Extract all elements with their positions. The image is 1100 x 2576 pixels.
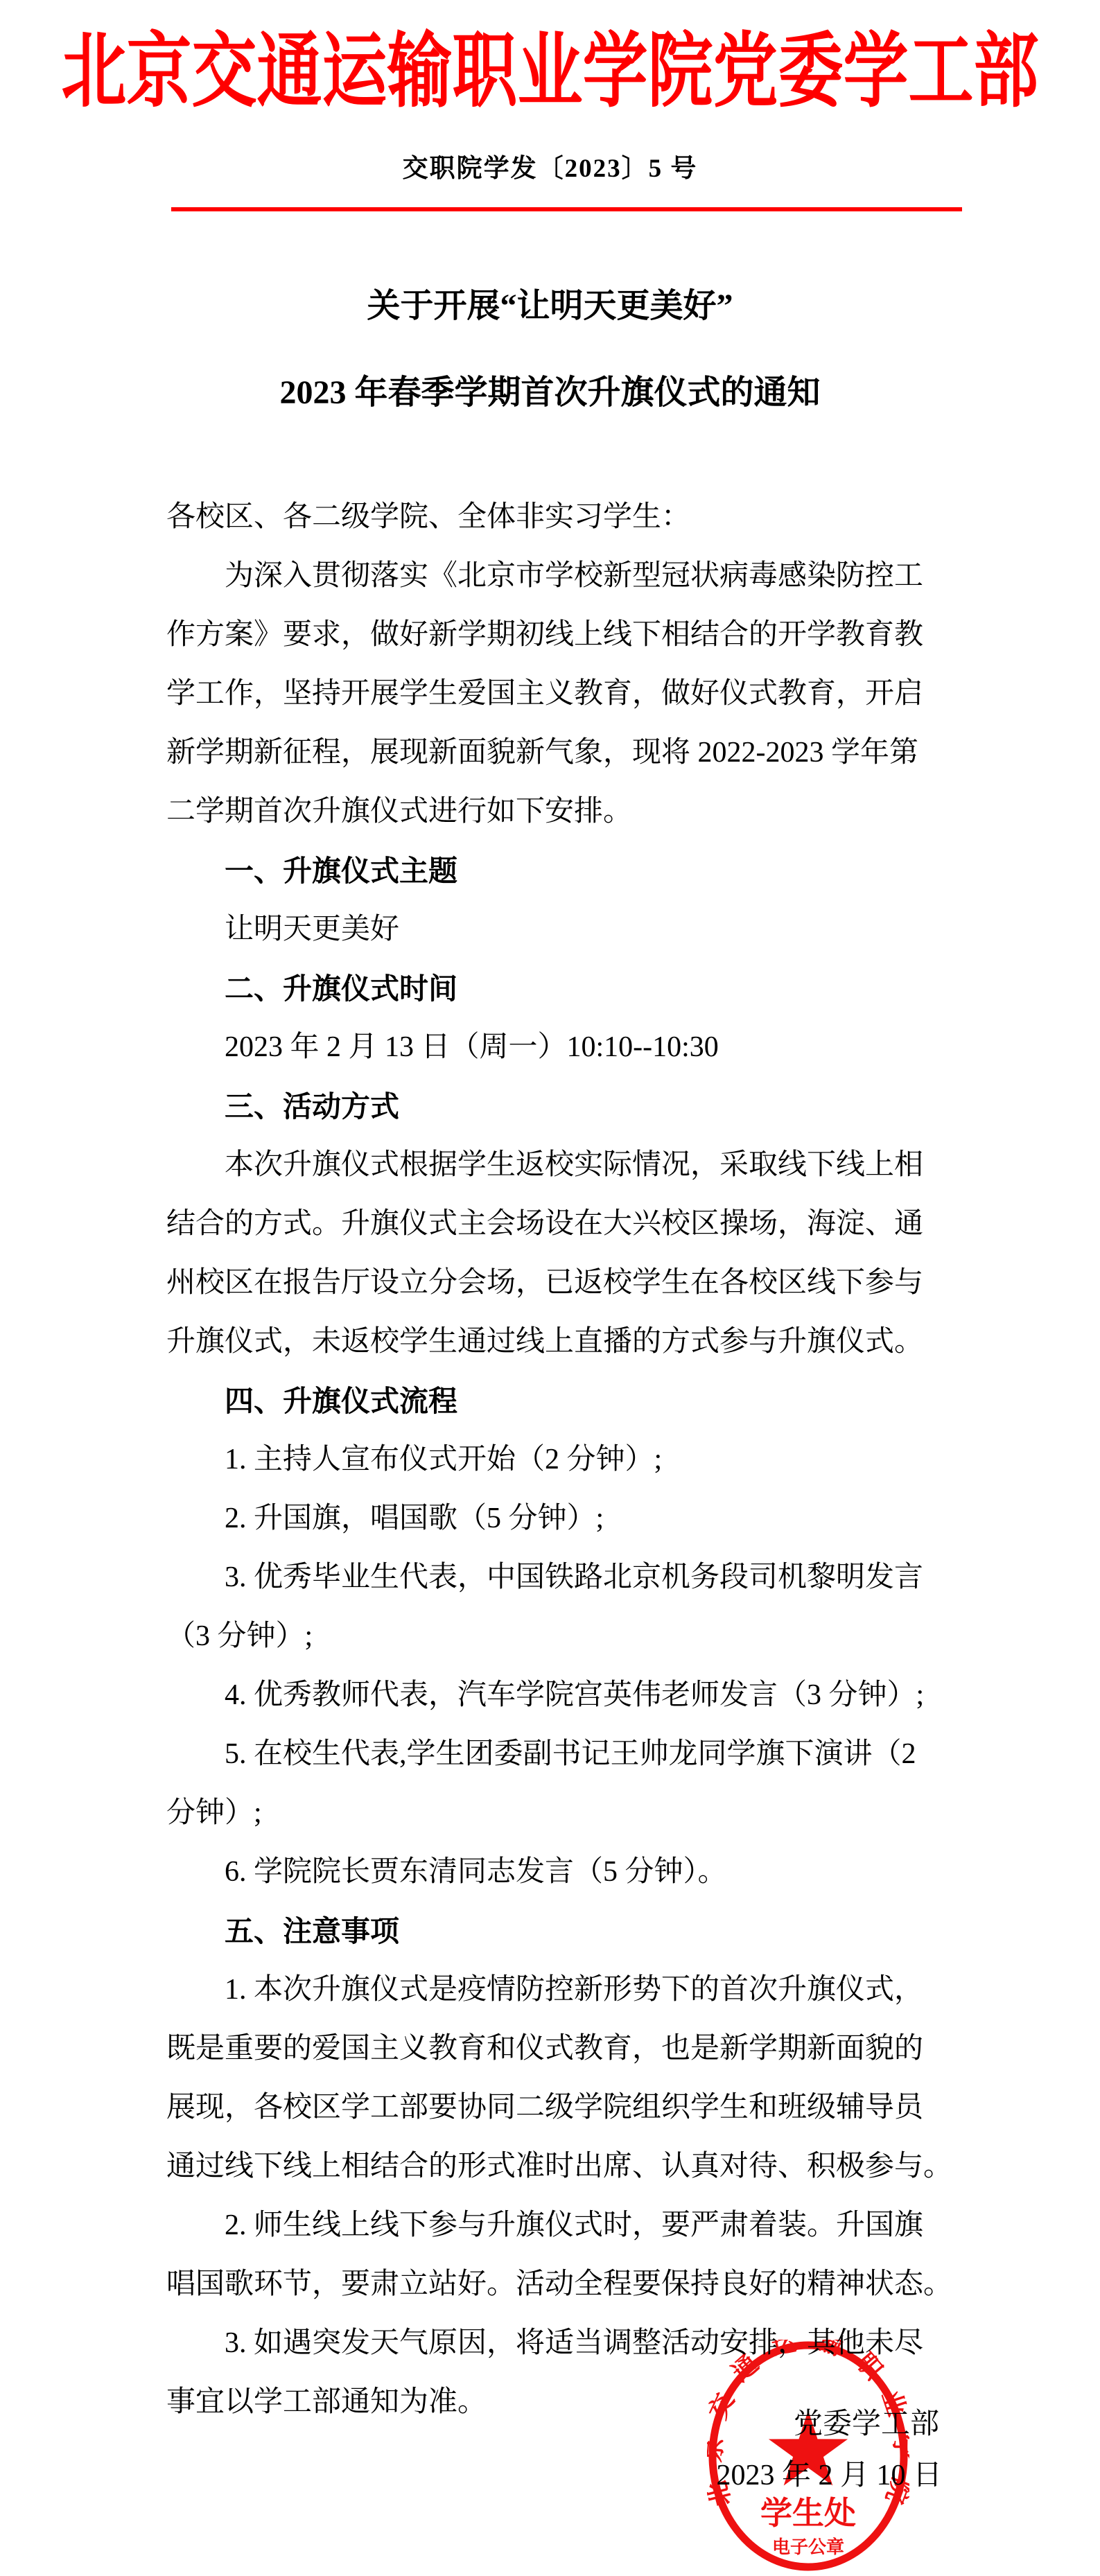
body-line: 升旗仪式，未返校学生通过线上直播的方式参与升旗仪式。	[166, 1313, 943, 1372]
body-line: 结合的方式。升旗仪式主会场设在大兴校区操场，海淀、通	[166, 1195, 943, 1254]
body-line: 展现，各校区学工部要协同二级学院组织学生和班级辅导员	[166, 2078, 943, 2137]
body-line: 二学期首次升旗仪式进行如下安排。	[166, 782, 943, 841]
body-line: 本次升旗仪式根据学生返校实际情况，采取线下线上相	[166, 1136, 943, 1195]
body-line: 唱国歌环节，要肃立站好。活动全程要保持良好的精神状态。	[166, 2255, 943, 2314]
body-line: 3. 如遇突发天气原因，将适当调整活动安排，其他未尽	[166, 2314, 943, 2373]
body-line: 2. 师生线上线下参与升旗仪式时，要严肃着装。升国旗	[166, 2196, 943, 2255]
document-title-line-2: 2023 年春季学期首次升旗仪式的通知	[0, 365, 1100, 413]
section-heading-3: 三、活动方式	[166, 1077, 943, 1136]
body-line: 3. 优秀毕业生代表，中国铁路北京机务段司机黎明发言	[166, 1548, 943, 1607]
seal-bottom-label: 电子公章	[772, 2536, 844, 2557]
document-page: 北京交通运输职业学院党委学工部 交职院学发〔2023〕5 号 关于开展“让明天更…	[0, 0, 1100, 2576]
body-line: 1. 主持人宣布仪式开始（2 分钟）;	[166, 1430, 943, 1489]
section-heading-4: 四、升旗仪式流程	[166, 1372, 943, 1430]
body-line: 通过线下线上相结合的形式准时出席、认真对待、积极参与。	[166, 2137, 943, 2196]
section-heading-1: 一、升旗仪式主题	[166, 841, 943, 900]
body-line: 4. 优秀教师代表，汽车学院宫英伟老师发言（3 分钟）;	[166, 1666, 943, 1725]
signature-date: 2023 年 2 月 10 日	[716, 2452, 942, 2494]
body-line: 新学期新征程，展现新面貌新气象，现将 2022-2023 学年第	[166, 724, 943, 782]
body-line: 学工作，坚持开展学生爱国主义教育，做好仪式教育，开启	[166, 665, 943, 724]
body-line: 分钟）;	[166, 1784, 943, 1843]
document-title-line-1: 关于开展“让明天更美好”	[0, 279, 1100, 326]
signature-department: 党委学工部	[794, 2401, 939, 2442]
body-line: 5. 在校生代表,学生团委副书记王帅龙同学旗下演讲（2	[166, 1725, 943, 1784]
section-heading-5: 五、注意事项	[166, 1902, 943, 1961]
body-line: 既是重要的爱国主义教育和仪式教育，也是新学期新面貌的	[166, 2019, 943, 2078]
red-separator-line	[171, 207, 962, 211]
body-line: 2023 年 2 月 13 日（周一）10:10--10:30	[166, 1018, 943, 1077]
header-org-name: 北京交通运输职业学院党委学工部	[0, 6, 1100, 123]
body-line: 作方案》要求，做好新学期初线上线下相结合的开学教育教	[166, 606, 943, 665]
body-line: 为深入贯彻落实《北京市学校新型冠状病毒感染防控工	[166, 547, 943, 606]
body-line: 各校区、各二级学院、全体非实习学生：	[166, 488, 943, 547]
body-line: 让明天更美好	[166, 900, 943, 959]
seal-center-label: 学生处	[760, 2495, 856, 2531]
body-line: 1. 本次升旗仪式是疫情防控新形势下的首次升旗仪式，	[166, 1961, 943, 2019]
body-line: 2. 升国旗，唱国歌（5 分钟）;	[166, 1489, 943, 1548]
section-heading-2: 二、升旗仪式时间	[166, 959, 943, 1018]
document-body: 各校区、各二级学院、全体非实习学生： 为深入贯彻落实《北京市学校新型冠状病毒感染…	[166, 488, 943, 2432]
body-line: 州校区在报告厅设立分会场，已返校学生在各校区线下参与	[166, 1254, 943, 1313]
doc-number: 交职院学发〔2023〕5 号	[0, 147, 1100, 184]
body-line: 6. 学院院长贾东清同志发言（5 分钟）。	[166, 1843, 943, 1902]
body-line: （3 分钟）;	[166, 1607, 943, 1666]
